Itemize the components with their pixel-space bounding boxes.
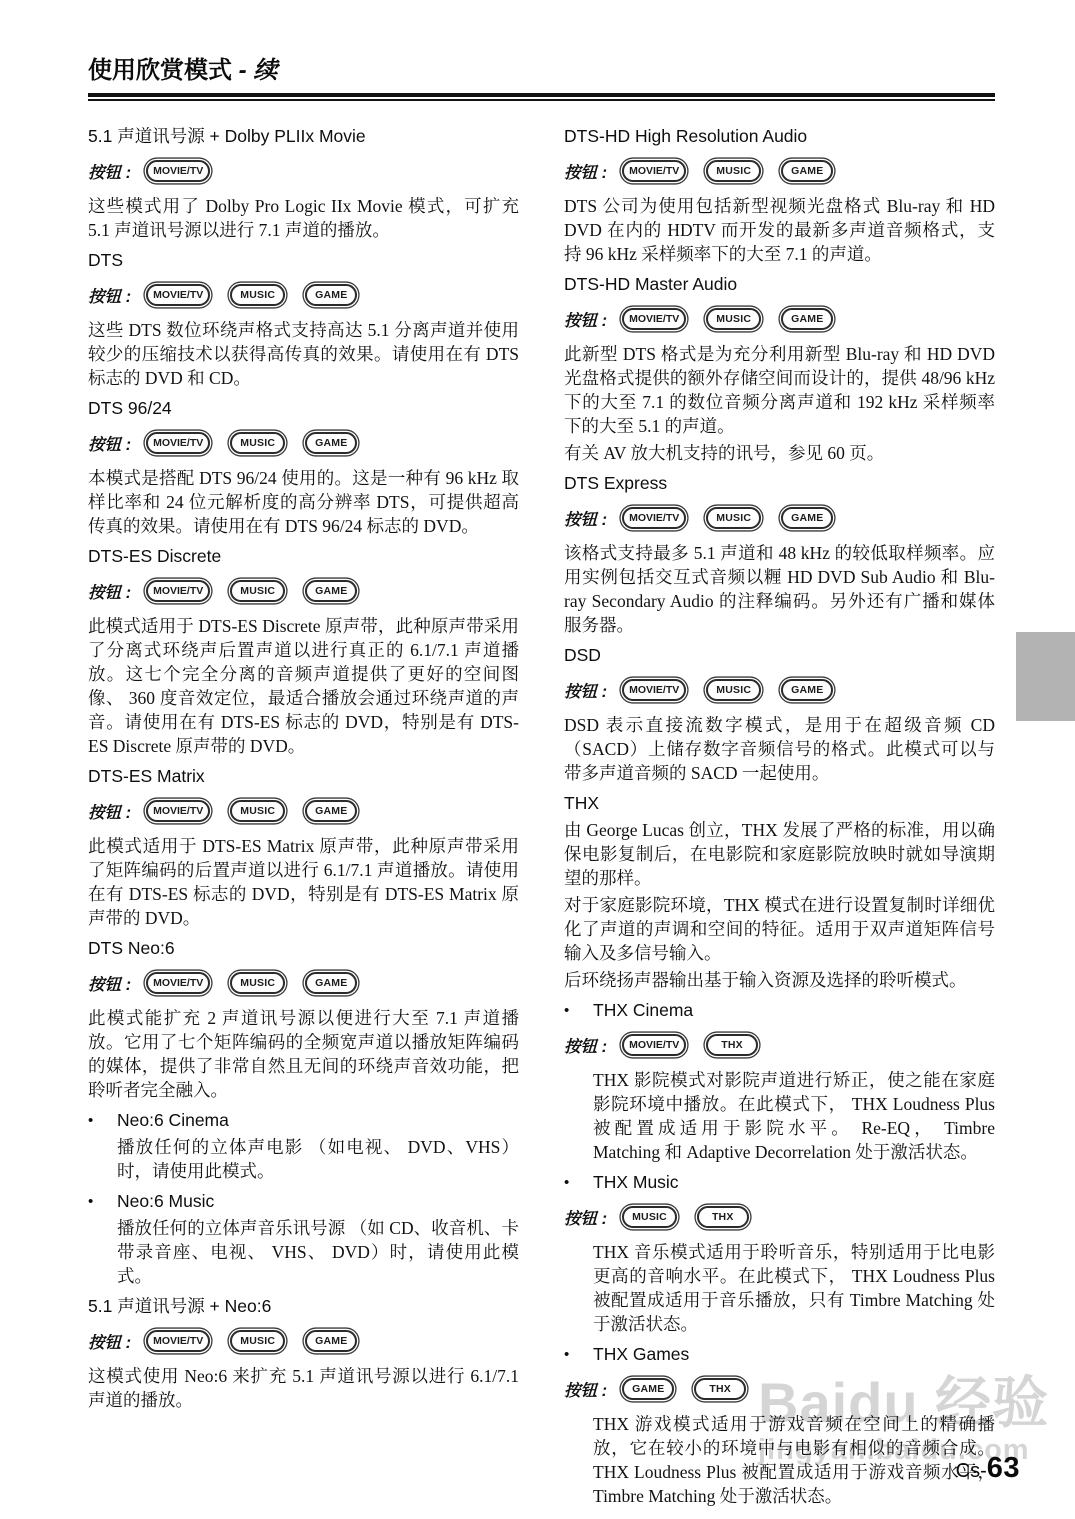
button-row-label: 按钮 : — [88, 159, 131, 183]
mode-description: 由 George Lucas 创立，THX 发展了严格的标准，用以确保电影复制后… — [564, 818, 995, 890]
bullet-mode-heading: •THX Cinema — [564, 998, 995, 1023]
page-title-suffix: - 续 — [239, 57, 278, 84]
button-row: 按钮 :MOVIE/TVMUSICGAME — [564, 676, 995, 704]
bullet-icon: • — [88, 1108, 117, 1133]
button-row: 按钮 :MOVIE/TVMUSICGAME — [564, 305, 995, 333]
remote-movie-tv-button-icon: MOVIE/TV — [146, 972, 210, 994]
remote-game-button-icon: GAME — [305, 800, 357, 822]
button-row-label: 按钮 : — [88, 431, 131, 455]
remote-game-button-icon: GAME — [781, 308, 833, 330]
mode-description: 播放任何的立体声电影 （如电视、 DVD、VHS）时，请使用此模式。 — [117, 1135, 519, 1183]
remote-game-button-icon: GAME — [781, 160, 833, 182]
remote-music-button-icon: MUSIC — [230, 432, 285, 454]
mode-section-dts-96-24: DTS 96/24按钮 :MOVIE/TVMUSICGAME本模式是搭配 DTS… — [88, 396, 519, 538]
remote-music-button-icon: MUSIC — [230, 580, 285, 602]
mode-section-dts-express: DTS Express按钮 :MOVIE/TVMUSICGAME该格式支持最多 … — [564, 471, 995, 637]
bullet-icon: • — [564, 1170, 593, 1195]
bullet-mode-heading: •THX Music — [564, 1170, 995, 1195]
mode-heading: DTS-HD Master Audio — [564, 272, 995, 297]
header-double-rule — [88, 93, 995, 101]
remote-game-button-icon: GAME — [305, 432, 357, 454]
remote-game-button-icon: GAME — [781, 507, 833, 529]
mode-section-5-1-dolby-pliix-movie: 5.1 声道讯号源 + Dolby PLIIx Movie按钮 :MOVIE/T… — [88, 124, 519, 242]
remote-movie-tv-button-icon: MOVIE/TV — [146, 284, 210, 306]
remote-music-button-icon: MUSIC — [706, 160, 761, 182]
mode-section-5-1-neo-6: 5.1 声道讯号源 + Neo:6按钮 :MOVIE/TVMUSICGAME这模… — [88, 1294, 519, 1412]
button-row-label: 按钮 : — [564, 678, 607, 702]
mode-description: 这些模式用了 Dolby Pro Logic IIx Movie 模式，可扩充 … — [88, 194, 519, 242]
mode-section-thx-games: •THX Games按钮 :GAMETHXTHX 游戏模式适用于游戏音频在空间上… — [564, 1342, 995, 1508]
remote-music-button-icon: MUSIC — [622, 1206, 677, 1228]
mode-title: Neo:6 Cinema — [117, 1108, 229, 1133]
mode-description: 此模式适用于 DTS-ES Discrete 原声带，此种原声带采用了分离式环绕… — [88, 614, 519, 758]
mode-description: 此新型 DTS 格式是为充分利用新型 Blu-ray 和 HD DVD 光盘格式… — [564, 342, 995, 438]
button-row-label: 按钮 : — [88, 579, 131, 603]
button-row: 按钮 :MOVIE/TVMUSICGAME — [564, 157, 995, 185]
mode-description: 此模式能扩充 2 声道讯号源以便进行大至 7.1 声道播放。它用了七个矩阵编码的… — [88, 1006, 519, 1102]
mode-description: THX 音乐模式适用于聆听音乐，特别适用于比电影更高的音响水平。在此模式下， T… — [593, 1240, 995, 1336]
mode-heading: DTS Express — [564, 471, 995, 496]
mode-title: DSD — [564, 643, 601, 668]
remote-game-button-icon: GAME — [305, 972, 357, 994]
button-row: 按钮 :MOVIE/TVTHX — [564, 1031, 995, 1059]
mode-section-dts-hd-master-audio: DTS-HD Master Audio按钮 :MOVIE/TVMUSICGAME… — [564, 272, 995, 465]
remote-movie-tv-button-icon: MOVIE/TV — [622, 1034, 686, 1056]
left-column: 5.1 声道讯号源 + Dolby PLIIx Movie按钮 :MOVIE/T… — [88, 118, 519, 1511]
mode-title: DTS 96/24 — [88, 396, 172, 421]
mode-description: THX 影院模式对影院声道进行矫正，使之能在家庭影院环境中播放。在此模式下， T… — [593, 1068, 995, 1164]
remote-movie-tv-button-icon: MOVIE/TV — [622, 160, 686, 182]
mode-description: 这模式使用 Neo:6 来扩充 5.1 声道讯号源以进行 6.1/7.1 声道的… — [88, 1364, 519, 1412]
mode-description: DSD 表示直接流数字模式，是用于在超级音频 CD（SACD）上储存数字音频信号… — [564, 713, 995, 785]
bullet-mode-heading: •Neo:6 Music — [88, 1189, 519, 1214]
remote-movie-tv-button-icon: MOVIE/TV — [146, 800, 210, 822]
bullet-icon: • — [564, 998, 593, 1023]
remote-movie-tv-button-icon: MOVIE/TV — [146, 580, 210, 602]
mode-description: 有关 AV 放大机支持的讯号，参见 60 页。 — [564, 441, 995, 465]
remote-music-button-icon: MUSIC — [706, 507, 761, 529]
page-number: Cs- 63 — [956, 1452, 1020, 1485]
button-row-label: 按钮 : — [564, 1033, 607, 1057]
mode-heading: 5.1 声道讯号源 + Neo:6 — [88, 1294, 519, 1319]
mode-heading: THX — [564, 791, 995, 816]
remote-movie-tv-button-icon: MOVIE/TV — [622, 507, 686, 529]
mode-heading: 5.1 声道讯号源 + Dolby PLIIx Movie — [88, 124, 519, 149]
mode-heading: DTS-HD High Resolution Audio — [564, 124, 995, 149]
mode-heading: DTS-ES Discrete — [88, 544, 519, 569]
mode-heading: DTS — [88, 248, 519, 273]
mode-title: DTS Neo:6 — [88, 936, 175, 961]
page-title: 使用欣赏模式 - 续 — [88, 56, 995, 86]
mode-section-dts-hd-high-resolution-audio: DTS-HD High Resolution Audio按钮 :MOVIE/TV… — [564, 124, 995, 266]
mode-title: DTS — [88, 248, 123, 273]
button-row-label: 按钮 : — [88, 283, 131, 307]
mode-section-neo-6-music: •Neo:6 Music播放任何的立体声音乐讯号源 （如 CD、收音机、卡带录音… — [88, 1189, 519, 1288]
mode-title: THX Cinema — [593, 998, 693, 1023]
mode-description: 本模式是搭配 DTS 96/24 使用的。这是一种有 96 kHz 取样比率和 … — [88, 466, 519, 538]
mode-title: Neo:6 Music — [117, 1189, 214, 1214]
remote-music-button-icon: MUSIC — [706, 679, 761, 701]
remote-game-button-icon: GAME — [305, 580, 357, 602]
mode-section-dts-es-discrete: DTS-ES Discrete按钮 :MOVIE/TVMUSICGAME此模式适… — [88, 544, 519, 758]
remote-movie-tv-button-icon: MOVIE/TV — [146, 160, 210, 182]
mode-description: 播放任何的立体声音乐讯号源 （如 CD、收音机、卡带录音座、电视、 VHS、 D… — [117, 1216, 519, 1288]
button-row: 按钮 :MOVIE/TVMUSICGAME — [88, 429, 519, 457]
mode-description: 此模式适用于 DTS-ES Matrix 原声带，此种原声带采用了矩阵编码的后置… — [88, 834, 519, 930]
button-row-label: 按钮 : — [88, 971, 131, 995]
remote-thx-button-icon: THX — [706, 1034, 758, 1056]
mode-title: DTS-ES Matrix — [88, 764, 205, 789]
mode-title: DTS-HD Master Audio — [564, 272, 737, 297]
mode-title: DTS-ES Discrete — [88, 544, 221, 569]
button-row-label: 按钮 : — [564, 307, 607, 331]
mode-section-dts: DTS按钮 :MOVIE/TVMUSICGAME这些 DTS 数位环绕声格式支持… — [88, 248, 519, 390]
mode-section-thx: THX由 George Lucas 创立，THX 发展了严格的标准，用以确保电影… — [564, 791, 995, 992]
button-row: 按钮 :MOVIE/TV — [88, 157, 519, 185]
page-header: 使用欣赏模式 - 续 — [88, 56, 995, 101]
button-row: 按钮 :MOVIE/TVMUSICGAME — [88, 1327, 519, 1355]
mode-description: 后环绕扬声器输出基于输入资源及选择的聆听模式。 — [564, 968, 995, 992]
button-row: 按钮 :GAMETHX — [564, 1375, 995, 1403]
mode-section-neo-6-cinema: •Neo:6 Cinema播放任何的立体声电影 （如电视、 DVD、VHS）时，… — [88, 1108, 519, 1183]
mode-title: THX Music — [593, 1170, 679, 1195]
section-index-tab — [1016, 632, 1075, 721]
remote-music-button-icon: MUSIC — [230, 1330, 285, 1352]
mode-title: 5.1 声道讯号源 + Neo:6 — [88, 1294, 271, 1319]
remote-movie-tv-button-icon: MOVIE/TV — [146, 432, 210, 454]
button-row: 按钮 :MOVIE/TVMUSICGAME — [88, 797, 519, 825]
page-number-prefix: Cs- — [956, 1460, 987, 1483]
page-title-text: 使用欣赏模式 — [88, 57, 232, 84]
remote-thx-button-icon: THX — [697, 1206, 749, 1228]
remote-game-button-icon: GAME — [305, 1330, 357, 1352]
mode-heading: DTS 96/24 — [88, 396, 519, 421]
mode-section-dts-es-matrix: DTS-ES Matrix按钮 :MOVIE/TVMUSICGAME此模式适用于… — [88, 764, 519, 930]
bullet-icon: • — [564, 1342, 593, 1367]
remote-game-button-icon: GAME — [622, 1378, 674, 1400]
remote-music-button-icon: MUSIC — [230, 972, 285, 994]
bullet-mode-heading: •Neo:6 Cinema — [88, 1108, 519, 1133]
remote-movie-tv-button-icon: MOVIE/TV — [622, 308, 686, 330]
mode-section-thx-cinema: •THX Cinema按钮 :MOVIE/TVTHXTHX 影院模式对影院声道进… — [564, 998, 995, 1164]
bullet-icon: • — [88, 1189, 117, 1214]
button-row: 按钮 :MOVIE/TVMUSICGAME — [88, 577, 519, 605]
remote-movie-tv-button-icon: MOVIE/TV — [622, 679, 686, 701]
button-row: 按钮 :MOVIE/TVMUSICGAME — [88, 281, 519, 309]
button-row: 按钮 :MUSICTHX — [564, 1203, 995, 1231]
mode-title: 5.1 声道讯号源 + Dolby PLIIx Movie — [88, 124, 366, 149]
mode-description: 这些 DTS 数位环绕声格式支持高达 5.1 分离声道并使用较少的压缩技术以获得… — [88, 318, 519, 390]
mode-heading: DTS-ES Matrix — [88, 764, 519, 789]
content-columns: 5.1 声道讯号源 + Dolby PLIIx Movie按钮 :MOVIE/T… — [88, 118, 995, 1511]
mode-section-dsd: DSD按钮 :MOVIE/TVMUSICGAMEDSD 表示直接流数字模式，是用… — [564, 643, 995, 785]
mode-description: THX 游戏模式适用于游戏音频在空间上的精确播放，它在较小的环境中与电影有相似的… — [593, 1412, 995, 1508]
mode-description: 对于家庭影院环境，THX 模式在进行设置复制时详细优化了声道的声调和空间的特征。… — [564, 893, 995, 965]
page-number-value: 63 — [987, 1452, 1020, 1485]
mode-section-thx-music: •THX Music按钮 :MUSICTHXTHX 音乐模式适用于聆听音乐，特别… — [564, 1170, 995, 1336]
button-row-label: 按钮 : — [564, 506, 607, 530]
remote-music-button-icon: MUSIC — [230, 800, 285, 822]
button-row-label: 按钮 : — [564, 159, 607, 183]
right-column: DTS-HD High Resolution Audio按钮 :MOVIE/TV… — [564, 118, 995, 1511]
button-row-label: 按钮 : — [88, 1329, 131, 1353]
button-row-label: 按钮 : — [564, 1205, 607, 1229]
mode-heading: DSD — [564, 643, 995, 668]
mode-title: THX — [564, 791, 599, 816]
bullet-mode-heading: •THX Games — [564, 1342, 995, 1367]
button-row-label: 按钮 : — [564, 1377, 607, 1401]
mode-title: DTS-HD High Resolution Audio — [564, 124, 807, 149]
remote-music-button-icon: MUSIC — [230, 284, 285, 306]
remote-game-button-icon: GAME — [781, 679, 833, 701]
remote-movie-tv-button-icon: MOVIE/TV — [146, 1330, 210, 1352]
mode-description: DTS 公司为使用包括新型视频光盘格式 Blu-ray 和 HD DVD 在内的… — [564, 194, 995, 266]
mode-description: 该格式支持最多 5.1 声道和 48 kHz 的较低取样频率。应用实例包括交互式… — [564, 541, 995, 637]
remote-thx-button-icon: THX — [694, 1378, 746, 1400]
button-row-label: 按钮 : — [88, 799, 131, 823]
button-row: 按钮 :MOVIE/TVMUSICGAME — [564, 504, 995, 532]
remote-music-button-icon: MUSIC — [706, 308, 761, 330]
remote-game-button-icon: GAME — [305, 284, 357, 306]
mode-heading: DTS Neo:6 — [88, 936, 519, 961]
button-row: 按钮 :MOVIE/TVMUSICGAME — [88, 969, 519, 997]
mode-title: THX Games — [593, 1342, 689, 1367]
mode-title: DTS Express — [564, 471, 667, 496]
mode-section-dts-neo-6: DTS Neo:6按钮 :MOVIE/TVMUSICGAME此模式能扩充 2 声… — [88, 936, 519, 1102]
